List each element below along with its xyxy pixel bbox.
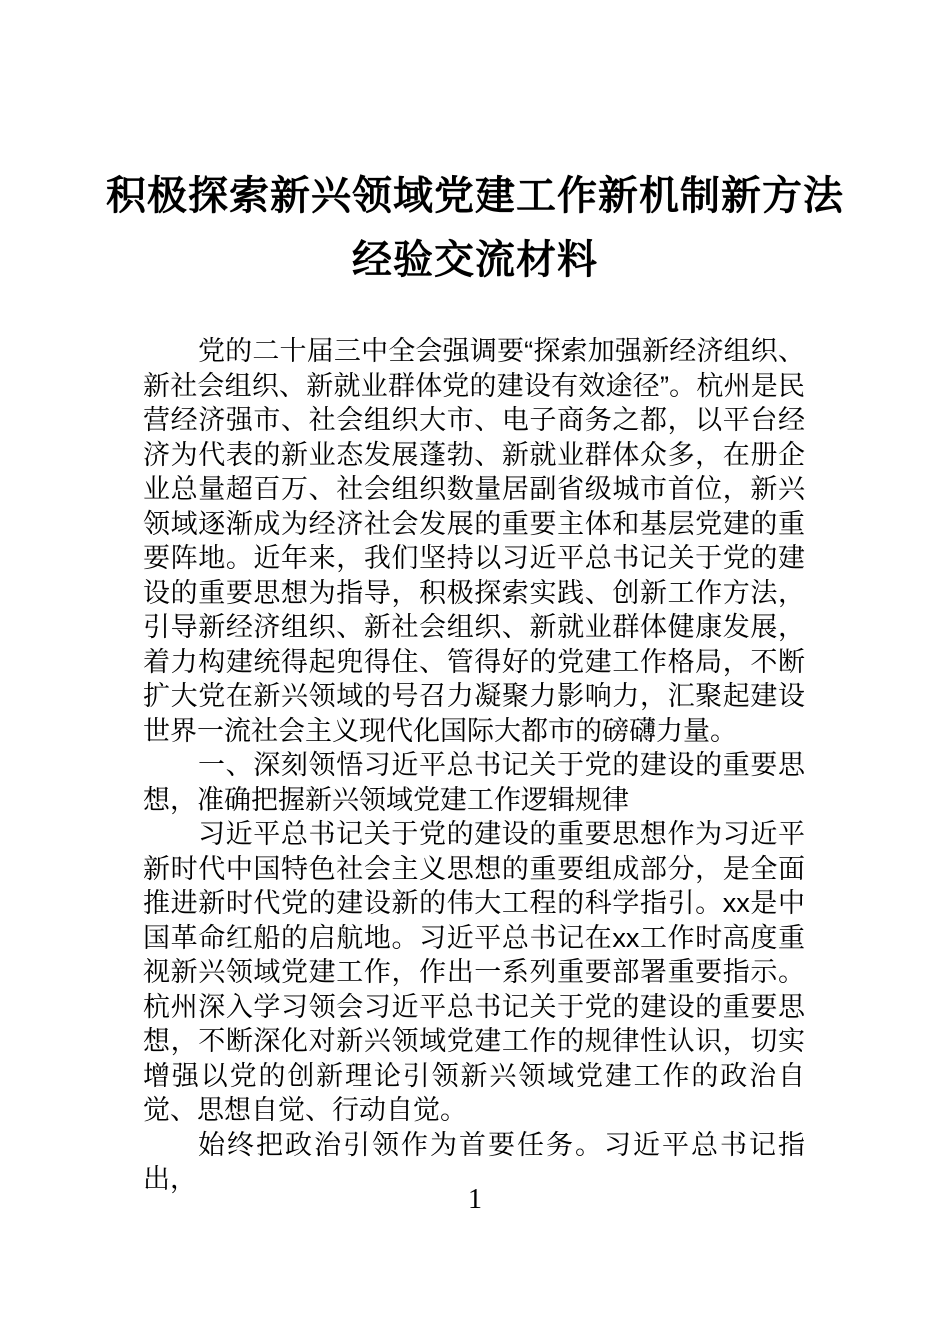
document-title: 积极探索新兴领域党建工作新机制新方法 经验交流材料 <box>80 164 870 292</box>
document-page: 积极探索新兴领域党建工作新机制新方法 经验交流材料 党的二十届三中全会强调要“探… <box>0 0 950 1344</box>
document-body: 党的二十届三中全会强调要“探索加强新经济组织、新社会组织、新就业群体党的建设有效… <box>143 334 805 1197</box>
paragraph-intro: 党的二十届三中全会强调要“探索加强新经济组织、新社会组织、新就业群体党的建设有效… <box>143 334 805 748</box>
page-number: 1 <box>0 1184 950 1216</box>
document-title-line-1: 积极探索新兴领域党建工作新机制新方法 <box>80 164 870 228</box>
document-title-line-2: 经验交流材料 <box>80 228 870 292</box>
section-heading: 一、深刻领悟习近平总书记关于党的建设的重要思想，准确把握新兴领域党建工作逻辑规律 <box>143 748 805 817</box>
paragraph-section-body: 习近平总书记关于党的建设的重要思想作为习近平新时代中国特色社会主义思想的重要组成… <box>143 817 805 1128</box>
